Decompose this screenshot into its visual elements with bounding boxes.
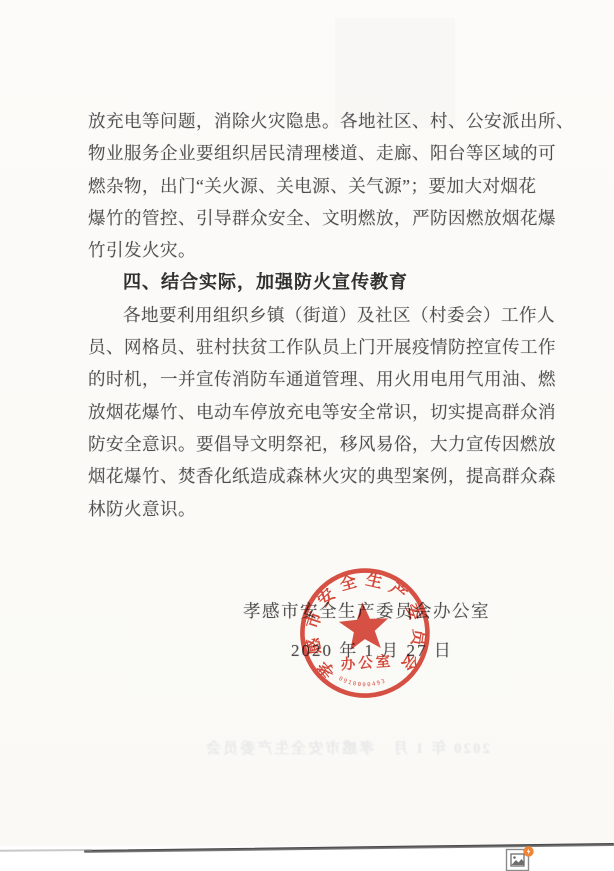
scanned-document-screenshot: { "doc": { "paragraph1": [ "放充电等问题，消除火灾隐…	[0, 0, 614, 871]
paragraph1-line: 燃杂物，出门“关火源、关电源、关气源”；要加大对烟花	[88, 170, 532, 202]
seal-serial-number: 0910000493	[337, 673, 387, 691]
paragraph2-line: 烟花爆竹、焚香化纸造成森林火灾的典型案例，提高群众森	[88, 460, 532, 492]
paragraph2-line: 员、网格员、驻村扶贫工作队员上门开展疫情防控宣传工作	[88, 331, 532, 363]
paragraph2-line: 放烟花爆竹、电动车停放充电等安全常识，切实提高群众消	[88, 396, 532, 428]
paragraph2-line: 林防火意识。	[88, 493, 532, 525]
paragraph2-line: 防安全意识。要倡导文明祭祀，移风易俗，大力宣传因燃放	[88, 428, 532, 460]
paragraph1-line: 物业服务企业要组织居民清理楼道、走廊、阳台等区域的可	[88, 137, 532, 169]
broken-image-icon[interactable]	[504, 845, 536, 871]
reverse-side-bleedthrough-text: 2020 年 1 月 孝感市安全生产委员会	[140, 737, 490, 758]
paragraph1-line: 爆竹的管控、引导群众安全、文明燃放，严防因燃放烟花爆	[88, 202, 532, 234]
paragraph1-line: 竹引发火灾。	[88, 234, 532, 266]
section-heading: 四、结合实际，加强防火宣传教育	[88, 266, 532, 298]
seal-office-text: 办公室	[340, 652, 394, 674]
paragraph1-line: 放充电等问题，消除火灾隐患。各地社区、村、公安派出所、	[88, 105, 532, 137]
seal-star-icon	[338, 600, 391, 650]
paragraph2-line: 的时机，一并宣传消防车通道管理、用火用电用气用油、燃	[88, 363, 532, 395]
page-bottom-scan-edge-faint	[0, 849, 92, 851]
document-page: 放充电等问题，消除火灾隐患。各地社区、村、公安派出所、 物业服务企业要组织居民清…	[0, 0, 614, 846]
official-seal-stamp: 孝感市安全生产委员会 办公室 0910000493	[291, 559, 440, 708]
paragraph2-line: 各地要利用组织乡镇（街道）及社区（村委会）工作人	[88, 299, 532, 331]
document-body: 放充电等问题，消除火灾隐患。各地社区、村、公安派出所、 物业服务企业要组织居民清…	[88, 105, 532, 525]
